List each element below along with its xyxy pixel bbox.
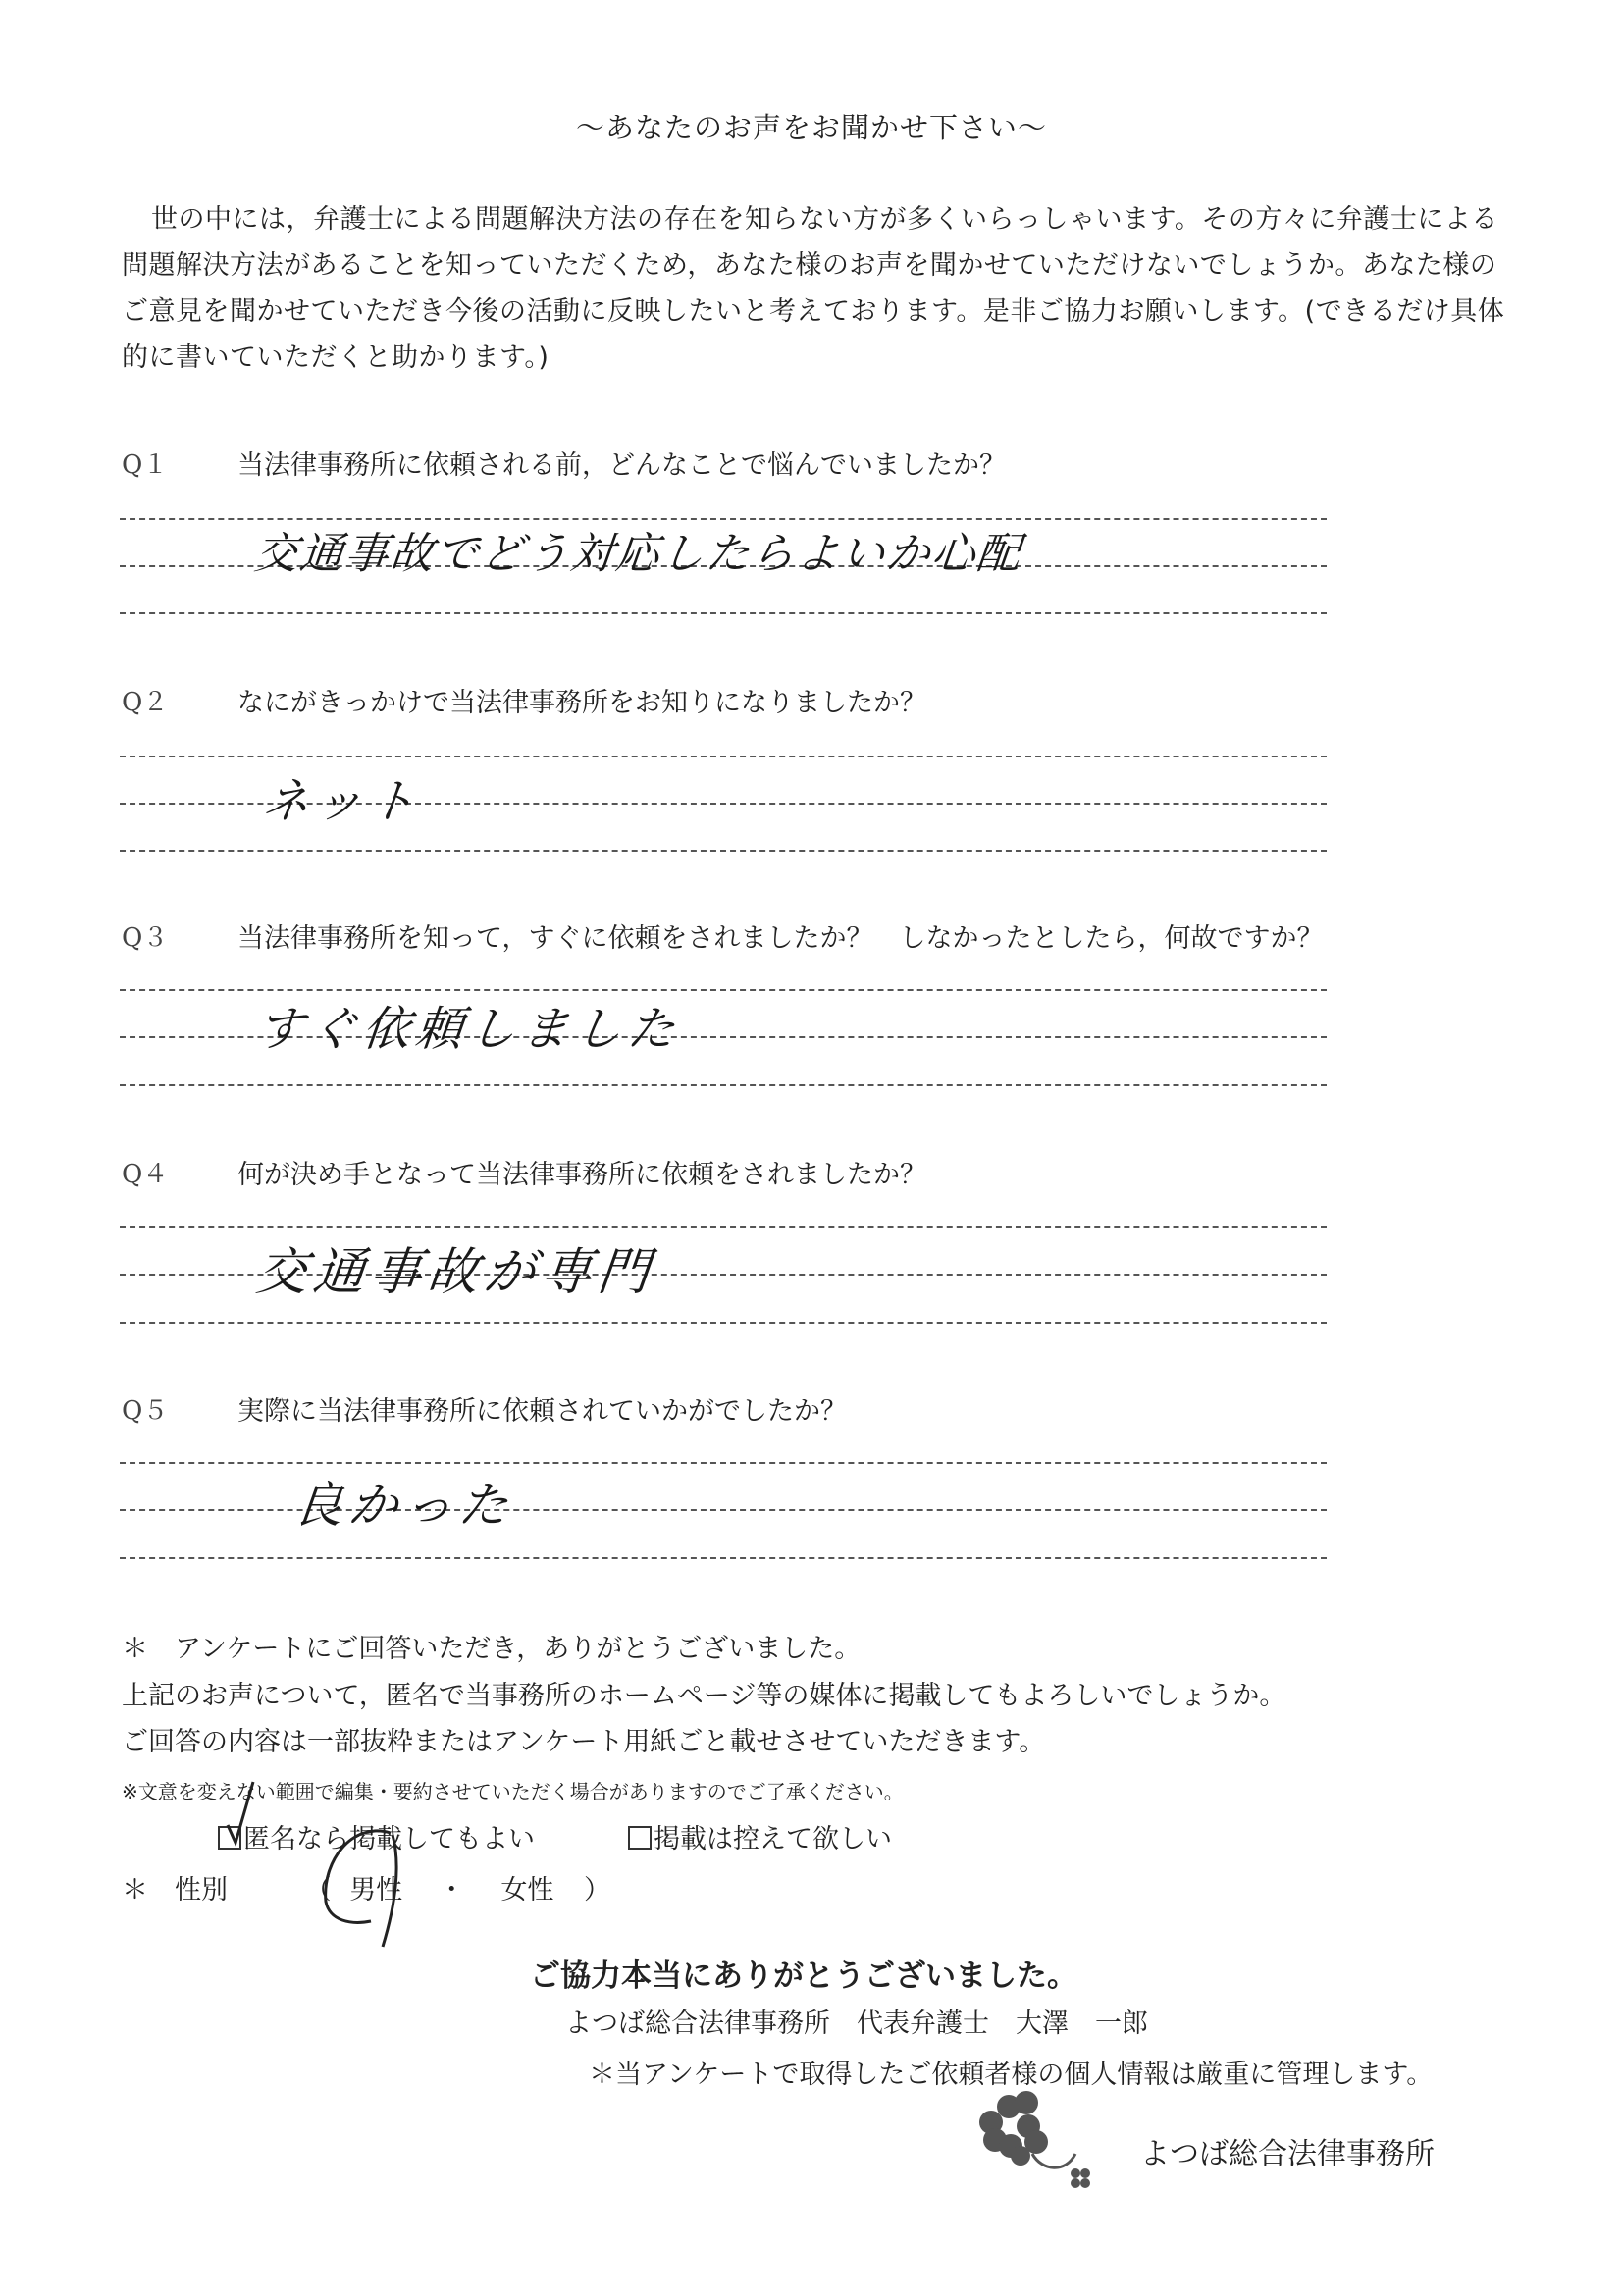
consent-detail: ご回答の内容は一部抜粋またはアンケート用紙ごと載せさせていただきます。 [122,1720,1045,1758]
answer-line [120,1322,1327,1324]
question-number: Q３ [122,917,168,954]
answer-line [120,1462,1327,1464]
handwritten-circle [312,1823,410,1951]
answer-line [120,1226,1327,1228]
logo-text: よつば総合法律事務所 [1140,2129,1435,2172]
question-text: 何が決め手となって当法律事務所に依頼をされましたか？ [237,1153,926,1191]
thanks-line: ＊ アンケートにご回答いただき，ありがとうございました。 [122,1627,861,1665]
question-text: 当法律事務所を知って，すぐに依頼をされましたか？ しなかったとしたら，何故ですか… [237,916,1323,955]
intro-paragraph: 世の中には，弁護士による問題解決方法の存在を知らない方が多くいらっしゃいます。そ… [122,196,1515,381]
checkmark-icon [224,1778,263,1847]
checkbox-do-not-publish[interactable] [628,1826,652,1850]
question-text: 当法律事務所に依頼される前，どんなことで悩んでいましたか？ [237,444,1006,482]
handwritten-answer: 交通事故が専門 [253,1230,659,1304]
handwritten-answer: 交通事故でどう対応したらよいか心配 [252,518,1026,581]
question-number: Q１ [122,444,168,481]
question-number: Q５ [122,1390,168,1427]
gender-female[interactable]: 女性 [500,1875,553,1905]
handwritten-answer: 良かった [290,1466,518,1537]
consent-question: 上記のお声について，匿名で当事務所のホームページ等の媒体に掲載してもよろしいでし… [122,1674,1285,1712]
clover-icon [971,2085,1109,2193]
answer-line [120,612,1327,614]
handwritten-answer: ネット [259,763,425,831]
answer-line [120,1557,1327,1559]
option-do-not-publish[interactable]: 掲載は控えて欲しい [628,1817,892,1855]
thanks-heading: ご協力本当にありがとうございました。 [530,1951,1077,1995]
question-number: Q４ [122,1154,168,1190]
answer-line [120,756,1327,757]
signature: よつば総合法律事務所 代表弁護士 大澤 一郎 [565,2002,1148,2040]
handwritten-answer: すぐ依頼しました [253,991,684,1059]
question-number: Q２ [122,682,168,718]
answer-line [120,1084,1327,1086]
question-text: なにがきっかけで当法律事務所をお知りになりましたか？ [237,681,926,719]
question-text: 実際に当法律事務所に依頼されていかがでしたか？ [237,1389,847,1428]
answer-line [120,850,1327,852]
page-title: ～あなたのお声をお聞かせ下さい～ [0,106,1623,146]
